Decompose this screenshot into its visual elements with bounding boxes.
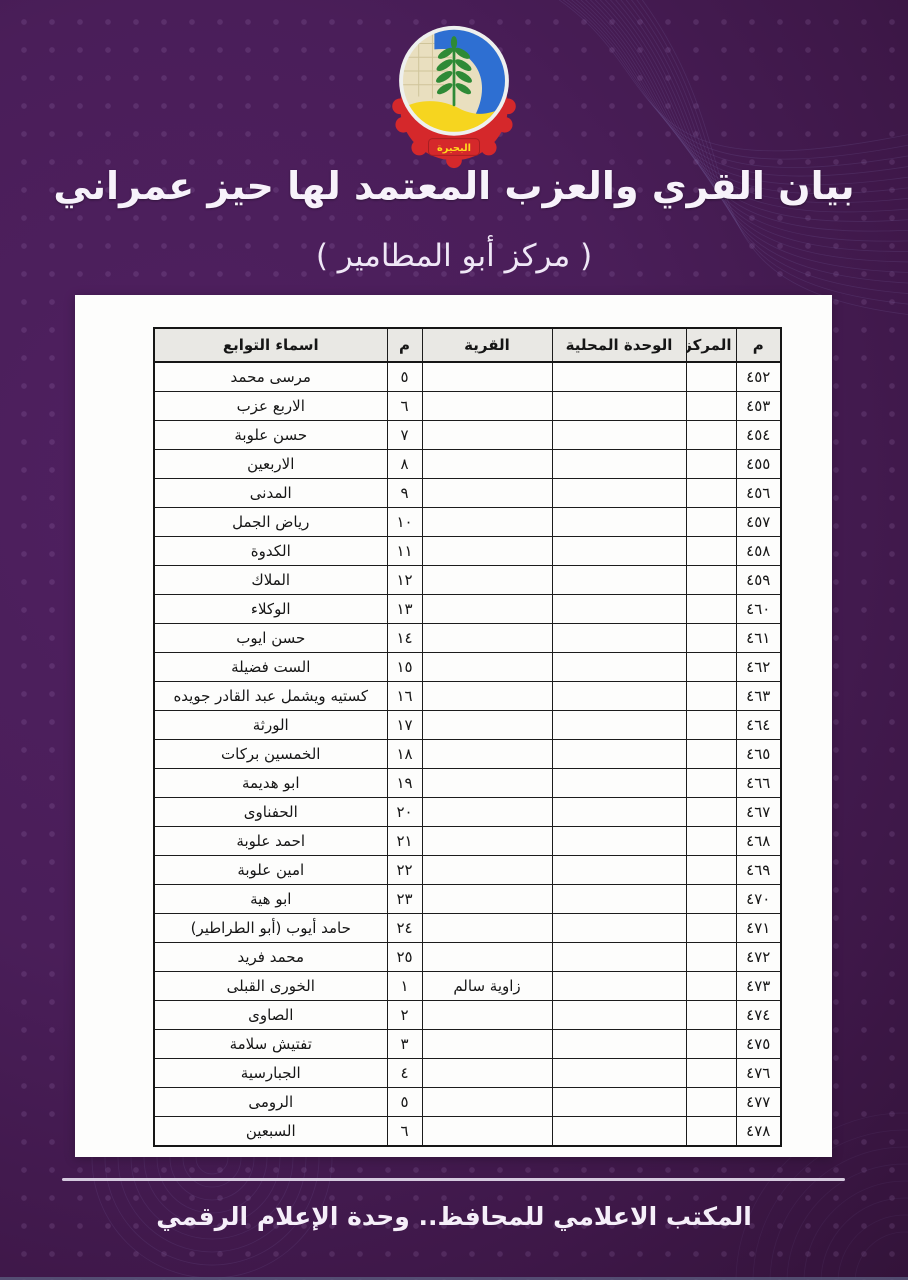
cell-names: ابو هية xyxy=(154,885,387,914)
table-row: ٤٧٠ ٢٣ ابو هية xyxy=(154,885,781,914)
cell-num: ٩ xyxy=(387,479,422,508)
cell-village xyxy=(422,1030,552,1059)
cell-village xyxy=(422,1117,552,1147)
cell-num: ٢٤ xyxy=(387,914,422,943)
table-header-row: م المركز الوحدة المحلية القرية م اسماء ا… xyxy=(154,328,781,362)
cell-unit xyxy=(552,740,686,769)
cell-serial: ٤٦٨ xyxy=(736,827,781,856)
table-row: ٤٧٣ زاوية سالم ١ الخورى القبلى xyxy=(154,972,781,1001)
page-title: بيان القري والعزب المعتمد لها حيز عمراني xyxy=(0,164,908,210)
cell-serial: ٤٦٣ xyxy=(736,682,781,711)
cell-serial: ٤٦٧ xyxy=(736,798,781,827)
table-row: ٤٦٦ ١٩ ابو هديمة xyxy=(154,769,781,798)
table-row: ٤٥٢ ٥ مرسى محمد xyxy=(154,362,781,392)
cell-village xyxy=(422,537,552,566)
cell-serial: ٤٧٠ xyxy=(736,885,781,914)
cell-serial: ٤٧٨ xyxy=(736,1117,781,1147)
cell-num: ١٠ xyxy=(387,508,422,537)
cell-village xyxy=(422,769,552,798)
col-header-names: اسماء التوابع xyxy=(154,328,387,362)
cell-center xyxy=(686,624,736,653)
poster-page: البحيرة بيان القري والعزب المعتمد لها حي… xyxy=(0,0,908,1280)
cell-names: حامد أيوب (أبو الطراطير) xyxy=(154,914,387,943)
cell-names: السبعين xyxy=(154,1117,387,1147)
cell-num: ٢٥ xyxy=(387,943,422,972)
table-row: ٤٧٨ ٦ السبعين xyxy=(154,1117,781,1147)
cell-unit xyxy=(552,798,686,827)
cell-serial: ٤٥٧ xyxy=(736,508,781,537)
cell-num: ١ xyxy=(387,972,422,1001)
cell-village xyxy=(422,682,552,711)
cell-unit xyxy=(552,508,686,537)
cell-unit xyxy=(552,769,686,798)
cell-village xyxy=(422,914,552,943)
table-row: ٤٦١ ١٤ حسن ايوب xyxy=(154,624,781,653)
cell-village xyxy=(422,566,552,595)
cell-serial: ٤٧١ xyxy=(736,914,781,943)
cell-num: ١١ xyxy=(387,537,422,566)
cell-center xyxy=(686,682,736,711)
cell-center xyxy=(686,972,736,1001)
table-row: ٤٦٨ ٢١ احمد علوبة xyxy=(154,827,781,856)
cell-unit xyxy=(552,711,686,740)
cell-serial: ٤٧٦ xyxy=(736,1059,781,1088)
cell-names: رياض الجمل xyxy=(154,508,387,537)
cell-num: ٥ xyxy=(387,1088,422,1117)
cell-center xyxy=(686,537,736,566)
cell-center xyxy=(686,885,736,914)
footer-text: المكتب الاعلامي للمحافظ.. وحدة الإعلام ا… xyxy=(0,1202,908,1231)
cell-num: ١٢ xyxy=(387,566,422,595)
cell-center xyxy=(686,421,736,450)
cell-num: ٤ xyxy=(387,1059,422,1088)
footer-divider xyxy=(62,1178,845,1181)
col-header-village: القرية xyxy=(422,328,552,362)
cell-serial: ٤٦٢ xyxy=(736,653,781,682)
table-row: ٤٥٧ ١٠ رياض الجمل xyxy=(154,508,781,537)
cell-names: الملاك xyxy=(154,566,387,595)
cell-unit xyxy=(552,972,686,1001)
col-header-unit: الوحدة المحلية xyxy=(552,328,686,362)
cell-center xyxy=(686,914,736,943)
cell-serial: ٤٥٦ xyxy=(736,479,781,508)
table-row: ٤٦٧ ٢٠ الحفناوى xyxy=(154,798,781,827)
cell-unit xyxy=(552,682,686,711)
table-row: ٤٥٩ ١٢ الملاك xyxy=(154,566,781,595)
cell-names: كستيه ويشمل عبد القادر جويده xyxy=(154,682,387,711)
cell-center xyxy=(686,479,736,508)
cell-center xyxy=(686,1030,736,1059)
cell-num: ١٩ xyxy=(387,769,422,798)
cell-village xyxy=(422,450,552,479)
cell-serial: ٤٧٣ xyxy=(736,972,781,1001)
cell-names: الاربعين xyxy=(154,450,387,479)
cell-num: ١٧ xyxy=(387,711,422,740)
cell-unit xyxy=(552,421,686,450)
cell-names: الوكلاء xyxy=(154,595,387,624)
cell-unit xyxy=(552,1088,686,1117)
table-row: ٤٦٩ ٢٢ امين علوبة xyxy=(154,856,781,885)
cell-unit xyxy=(552,392,686,421)
cell-unit xyxy=(552,653,686,682)
cell-serial: ٤٦٦ xyxy=(736,769,781,798)
table-body: ٤٥٢ ٥ مرسى محمد ٤٥٣ ٦ الاربع عزب ٤٥٤ ٧ ح… xyxy=(154,362,781,1146)
beheira-logo-emblem: البحيرة xyxy=(372,20,536,172)
cell-unit xyxy=(552,885,686,914)
cell-num: ٢٣ xyxy=(387,885,422,914)
cell-village xyxy=(422,740,552,769)
cell-names: الجبارسية xyxy=(154,1059,387,1088)
cell-names: الست فضيلة xyxy=(154,653,387,682)
cell-serial: ٤٥٨ xyxy=(736,537,781,566)
cell-center xyxy=(686,1117,736,1147)
cell-center xyxy=(686,1059,736,1088)
cell-center xyxy=(686,595,736,624)
table-row: ٤٧٢ ٢٥ محمد فريد xyxy=(154,943,781,972)
cell-serial: ٤٥٤ xyxy=(736,421,781,450)
table-row: ٤٥٥ ٨ الاربعين xyxy=(154,450,781,479)
table-row: ٤٦٤ ١٧ الورثة xyxy=(154,711,781,740)
page-subtitle: ( مركز أبو المطامير ) xyxy=(0,238,908,275)
col-header-serial: م xyxy=(736,328,781,362)
table-row: ٤٧٧ ٥ الرومى xyxy=(154,1088,781,1117)
cell-unit xyxy=(552,362,686,392)
table-row: ٤٦٥ ١٨ الخمسين بركات xyxy=(154,740,781,769)
cell-names: امين علوبة xyxy=(154,856,387,885)
cell-serial: ٤٦٥ xyxy=(736,740,781,769)
cell-center xyxy=(686,711,736,740)
cell-center xyxy=(686,1001,736,1030)
cell-village xyxy=(422,595,552,624)
cell-names: الكدوة xyxy=(154,537,387,566)
cell-village xyxy=(422,827,552,856)
cell-village xyxy=(422,653,552,682)
cell-center xyxy=(686,362,736,392)
cell-names: ابو هديمة xyxy=(154,769,387,798)
cell-center xyxy=(686,450,736,479)
col-header-num: م xyxy=(387,328,422,362)
cell-names: مرسى محمد xyxy=(154,362,387,392)
cell-center xyxy=(686,392,736,421)
table-row: ٤٥٤ ٧ حسن علوبة xyxy=(154,421,781,450)
cell-serial: ٤٧٥ xyxy=(736,1030,781,1059)
cell-unit xyxy=(552,537,686,566)
cell-unit xyxy=(552,827,686,856)
cell-num: ٥ xyxy=(387,362,422,392)
cell-names: الصاوى xyxy=(154,1001,387,1030)
table-row: ٤٧٥ ٣ تفتيش سلامة xyxy=(154,1030,781,1059)
cell-village xyxy=(422,421,552,450)
cell-unit xyxy=(552,479,686,508)
cell-unit xyxy=(552,856,686,885)
cell-unit xyxy=(552,1030,686,1059)
cell-serial: ٤٧٧ xyxy=(736,1088,781,1117)
cell-serial: ٤٥٣ xyxy=(736,392,781,421)
cell-village xyxy=(422,798,552,827)
cell-center xyxy=(686,740,736,769)
cell-num: ٢٠ xyxy=(387,798,422,827)
cell-num: ١٣ xyxy=(387,595,422,624)
cell-names: الورثة xyxy=(154,711,387,740)
cell-village xyxy=(422,885,552,914)
cell-village xyxy=(422,1059,552,1088)
cell-serial: ٤٦١ xyxy=(736,624,781,653)
table-row: ٤٧٦ ٤ الجبارسية xyxy=(154,1059,781,1088)
cell-unit xyxy=(552,450,686,479)
cell-unit xyxy=(552,1059,686,1088)
cell-unit xyxy=(552,1001,686,1030)
cell-village xyxy=(422,856,552,885)
cell-unit xyxy=(552,1117,686,1147)
cell-names: الخمسين بركات xyxy=(154,740,387,769)
cell-serial: ٤٦٠ xyxy=(736,595,781,624)
cell-center xyxy=(686,798,736,827)
table-row: ٤٥٨ ١١ الكدوة xyxy=(154,537,781,566)
cell-serial: ٤٦٤ xyxy=(736,711,781,740)
cell-names: الخورى القبلى xyxy=(154,972,387,1001)
cell-village xyxy=(422,508,552,537)
cell-village xyxy=(422,711,552,740)
cell-names: الرومى xyxy=(154,1088,387,1117)
table-row: ٤٥٦ ٩ المدنى xyxy=(154,479,781,508)
cell-unit xyxy=(552,914,686,943)
cell-names: المدنى xyxy=(154,479,387,508)
cell-names: حسن علوبة xyxy=(154,421,387,450)
cell-center xyxy=(686,943,736,972)
cell-center xyxy=(686,856,736,885)
table-row: ٤٧١ ٢٤ حامد أيوب (أبو الطراطير) xyxy=(154,914,781,943)
cell-names: الاربع عزب xyxy=(154,392,387,421)
cell-village xyxy=(422,624,552,653)
villages-table: م المركز الوحدة المحلية القرية م اسماء ا… xyxy=(153,327,782,1147)
cell-num: ٦ xyxy=(387,1117,422,1147)
cell-names: الحفناوى xyxy=(154,798,387,827)
cell-center xyxy=(686,1088,736,1117)
cell-serial: ٤٥٥ xyxy=(736,450,781,479)
beheira-logo: البحيرة xyxy=(372,20,536,172)
cell-center xyxy=(686,827,736,856)
cell-village: زاوية سالم xyxy=(422,972,552,1001)
table-row: ٤٦٣ ١٦ كستيه ويشمل عبد القادر جويده xyxy=(154,682,781,711)
table-row: ٤٦٢ ١٥ الست فضيلة xyxy=(154,653,781,682)
cell-unit xyxy=(552,566,686,595)
cell-serial: ٤٦٩ xyxy=(736,856,781,885)
cell-num: ١٨ xyxy=(387,740,422,769)
cell-unit xyxy=(552,595,686,624)
cell-unit xyxy=(552,943,686,972)
cell-serial: ٤٧٤ xyxy=(736,1001,781,1030)
table-card: م المركز الوحدة المحلية القرية م اسماء ا… xyxy=(75,295,832,1157)
col-header-center: المركز xyxy=(686,328,736,362)
cell-num: ٢١ xyxy=(387,827,422,856)
cell-village xyxy=(422,479,552,508)
logo-banner-label: البحيرة xyxy=(437,143,471,154)
cell-names: تفتيش سلامة xyxy=(154,1030,387,1059)
cell-num: ٢٢ xyxy=(387,856,422,885)
table-row: ٤٦٠ ١٣ الوكلاء xyxy=(154,595,781,624)
cell-center xyxy=(686,508,736,537)
cell-num: ١٥ xyxy=(387,653,422,682)
cell-village xyxy=(422,1001,552,1030)
cell-serial: ٤٥٩ xyxy=(736,566,781,595)
cell-names: حسن ايوب xyxy=(154,624,387,653)
cell-num: ٨ xyxy=(387,450,422,479)
cell-village xyxy=(422,1088,552,1117)
cell-center xyxy=(686,566,736,595)
cell-center xyxy=(686,653,736,682)
cell-names: محمد فريد xyxy=(154,943,387,972)
cell-village xyxy=(422,943,552,972)
cell-num: ٧ xyxy=(387,421,422,450)
table-row: ٤٧٤ ٢ الصاوى xyxy=(154,1001,781,1030)
cell-num: ١٤ xyxy=(387,624,422,653)
cell-serial: ٤٧٢ xyxy=(736,943,781,972)
cell-village xyxy=(422,362,552,392)
table-row: ٤٥٣ ٦ الاربع عزب xyxy=(154,392,781,421)
cell-num: ٣ xyxy=(387,1030,422,1059)
cell-unit xyxy=(552,624,686,653)
cell-names: احمد علوبة xyxy=(154,827,387,856)
cell-center xyxy=(686,769,736,798)
cell-num: ١٦ xyxy=(387,682,422,711)
cell-serial: ٤٥٢ xyxy=(736,362,781,392)
cell-num: ٢ xyxy=(387,1001,422,1030)
cell-num: ٦ xyxy=(387,392,422,421)
logo-banner: البحيرة xyxy=(429,139,480,156)
cell-village xyxy=(422,392,552,421)
